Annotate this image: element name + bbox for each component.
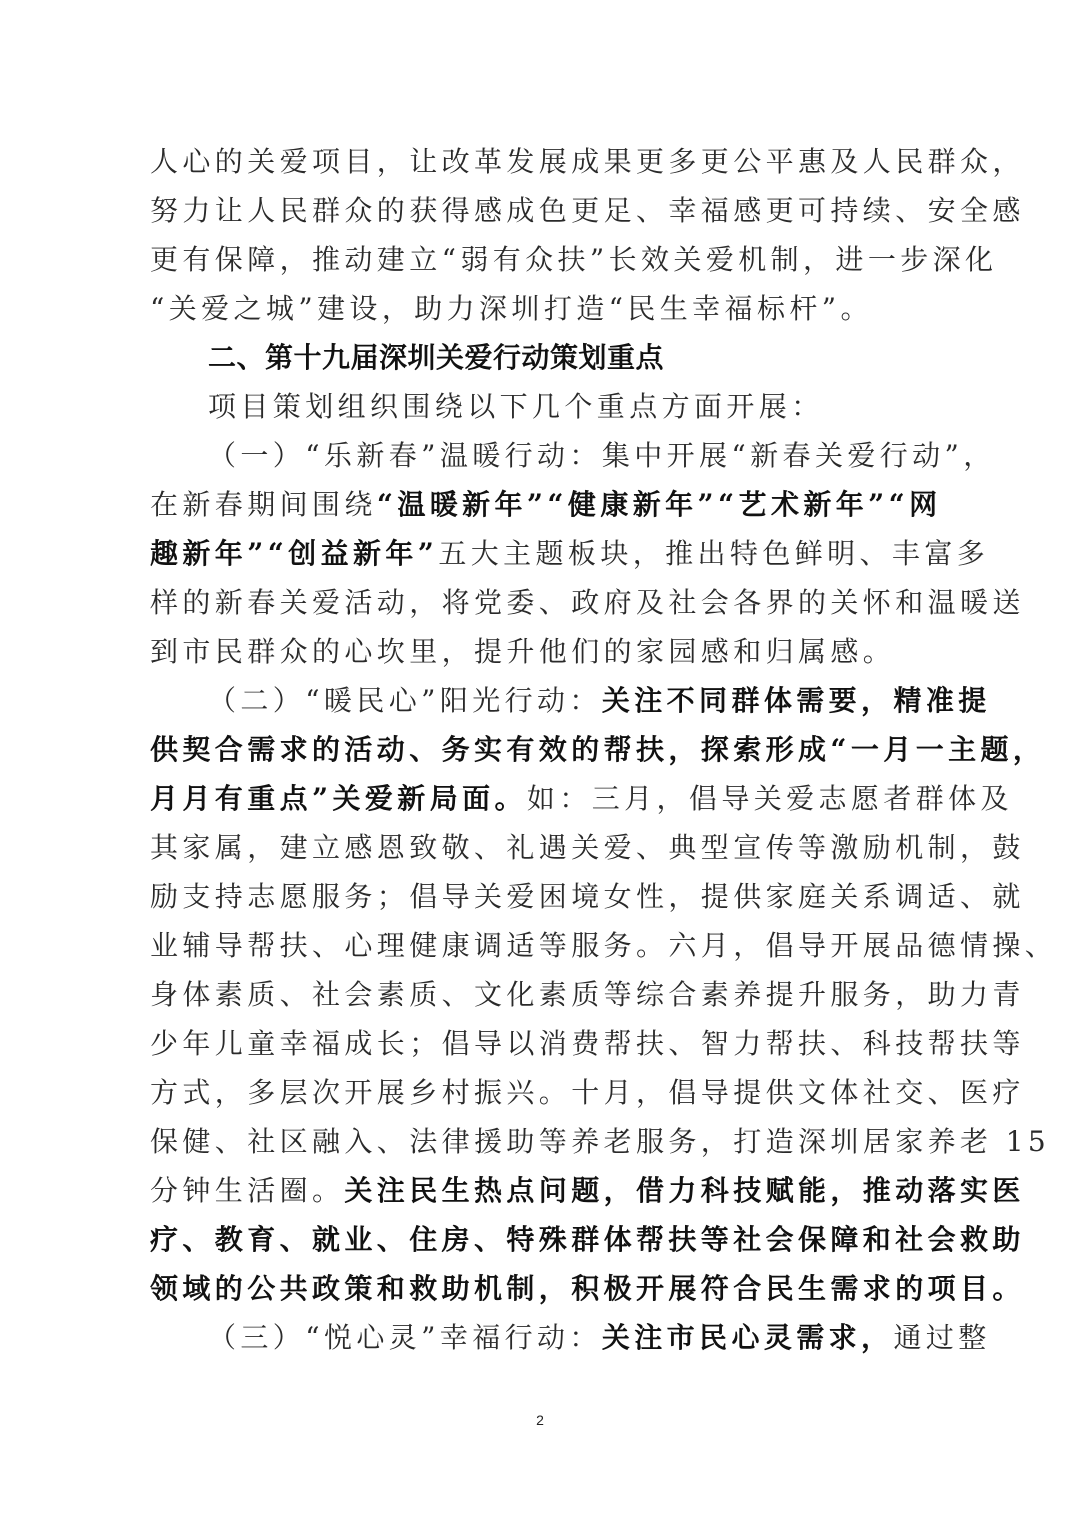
text-line: 少年儿童幸福成长；倡导以消费帮扶、智力帮扶、科技帮扶等 — [150, 1019, 932, 1068]
body-text: 人心的关爱项目，让改革发展成果更多更公平惠及人民群众， — [150, 145, 1025, 178]
bold-text: 关注市民心灵需求， — [602, 1321, 894, 1354]
body-text: （二）“暖民心”阳光行动： — [208, 684, 602, 717]
body-text: 身体素质、社会素质、文化素质等综合素养提升服务，助力青 — [150, 978, 1025, 1011]
text-line: 保健、社区融入、法律援助等养老服务，打造深圳居家养老 15 — [150, 1117, 932, 1166]
body-text: 励支持志愿服务；倡导关爱困境女性，提供家庭关系调适、就 — [150, 880, 1025, 913]
text-line: （一）“乐新春”温暖行动：集中开展“新春关爱行动”， — [150, 431, 932, 480]
text-line: （三）“悦心灵”幸福行动：关注市民心灵需求，通过整 — [150, 1313, 932, 1362]
text-line: 领域的公共政策和救助机制，积极开展符合民生需求的项目。 — [150, 1264, 932, 1313]
text-line: 身体素质、社会素质、文化素质等综合素养提升服务，助力青 — [150, 970, 932, 1019]
body-text: （三）“悦心灵”幸福行动： — [208, 1321, 602, 1354]
text-line: 业辅导帮扶、心理健康调适等服务。六月，倡导开展品德情操、 — [150, 921, 932, 970]
text-line: 疗、教育、就业、住房、特殊群体帮扶等社会保障和社会救助 — [150, 1215, 932, 1264]
text-line: 努力让人民群众的获得感成色更足、幸福感更可持续、安全感 — [150, 186, 932, 235]
text-line: 供契合需求的活动、务实有效的帮扶，探索形成“一月一主题， — [150, 725, 932, 774]
body-text: 方式，多层次开展乡村振兴。十月，倡导提供文体社交、医疗 — [150, 1076, 1025, 1109]
text-line: 人心的关爱项目，让改革发展成果更多更公平惠及人民群众， — [150, 137, 932, 186]
bold-text: 关注不同群体需要，精准提 — [602, 684, 991, 717]
body-text: 更有保障，推动建立“弱有众扶”长效关爱机制，进一步深化 — [150, 243, 997, 276]
list-item-item-2: （二）“暖民心”阳光行动：关注不同群体需要，精准提供契合需求的活动、务实有效的帮… — [150, 676, 932, 1313]
text-line: 到市民群众的心坎里，提升他们的家园感和归属感。 — [150, 627, 932, 676]
text-line: 分钟生活圈。关注民生热点问题，借力科技赋能，推动落实医 — [150, 1166, 932, 1215]
text-line: 在新春期间围绕“温暖新年”“健康新年”“艺术新年”“网 — [150, 480, 932, 529]
body-text: （一）“乐新春”温暖行动：集中开展“新春关爱行动”， — [208, 439, 996, 472]
body-text: 如：三月，倡导关爱志愿者群体及 — [527, 782, 1013, 815]
text-line: 励支持志愿服务；倡导关爱困境女性，提供家庭关系调适、就 — [150, 872, 932, 921]
text-line: 样的新春关爱活动，将党委、政府及社会各界的关怀和温暖送 — [150, 578, 932, 627]
document-page: 人心的关爱项目，让改革发展成果更多更公平惠及人民群众，努力让人民群众的获得感成色… — [150, 137, 932, 1362]
body-text: 在新春期间围绕 — [150, 488, 377, 521]
paragraph-continuation: 人心的关爱项目，让改革发展成果更多更公平惠及人民群众，努力让人民群众的获得感成色… — [150, 137, 932, 333]
body-text: 通过整 — [893, 1321, 990, 1354]
body-text: 业辅导帮扶、心理健康调适等服务。六月，倡导开展品德情操、 — [150, 929, 1057, 962]
list-item-item-3: （三）“悦心灵”幸福行动：关注市民心灵需求，通过整 — [150, 1313, 932, 1362]
body-text: 分钟生活圈。 — [150, 1174, 344, 1207]
item-list: （一）“乐新春”温暖行动：集中开展“新春关爱行动”，在新春期间围绕“温暖新年”“… — [150, 431, 932, 1362]
bold-text: 月月有重点”关爱新局面。 — [150, 782, 527, 815]
text-line: 方式，多层次开展乡村振兴。十月，倡导提供文体社交、医疗 — [150, 1068, 932, 1117]
bold-text: “温暖新年”“健康新年”“艺术新年”“网 — [377, 488, 942, 521]
body-text: 到市民群众的心坎里，提升他们的家园感和归属感。 — [150, 635, 895, 668]
body-text: 少年儿童幸福成长；倡导以消费帮扶、智力帮扶、科技帮扶等 — [150, 1027, 1025, 1060]
bold-text: 趣新年”“创益新年” — [150, 537, 438, 570]
section-heading: 二、第十九届深圳关爱行动策划重点 — [150, 333, 932, 382]
body-text: 努力让人民群众的获得感成色更足、幸福感更可持续、安全感 — [150, 194, 1025, 227]
bold-text: 领域的公共政策和救助机制，积极开展符合民生需求的项目。 — [150, 1272, 1025, 1305]
text-line: （二）“暖民心”阳光行动：关注不同群体需要，精准提 — [150, 676, 932, 725]
bold-text: 关注民生热点问题，借力科技赋能，推动落实医 — [344, 1174, 1024, 1207]
text-line: 其家属，建立感恩致敬、礼遇关爱、典型宣传等激励机制，鼓 — [150, 823, 932, 872]
bold-text: 供契合需求的活动、务实有效的帮扶，探索形成“一月一主题， — [150, 733, 1045, 766]
body-text: 样的新春关爱活动，将党委、政府及社会各界的关怀和温暖送 — [150, 586, 1025, 619]
text-line: 趣新年”“创益新年”五大主题板块，推出特色鲜明、丰富多 — [150, 529, 932, 578]
page-number: 2 — [0, 1412, 1080, 1428]
body-text: “关爱之城”建设，助力深圳打造“民生幸福标杆”。 — [150, 292, 873, 325]
list-item-item-1: （一）“乐新春”温暖行动：集中开展“新春关爱行动”，在新春期间围绕“温暖新年”“… — [150, 431, 932, 676]
text-line: “关爱之城”建设，助力深圳打造“民生幸福标杆”。 — [150, 284, 932, 333]
body-text: 其家属，建立感恩致敬、礼遇关爱、典型宣传等激励机制，鼓 — [150, 831, 1025, 864]
body-text: 五大主题板块，推出特色鲜明、丰富多 — [438, 537, 989, 570]
section-intro: 项目策划组织围绕以下几个重点方面开展： — [150, 382, 932, 431]
text-line: 月月有重点”关爱新局面。如：三月，倡导关爱志愿者群体及 — [150, 774, 932, 823]
text-line: 更有保障，推动建立“弱有众扶”长效关爱机制，进一步深化 — [150, 235, 932, 284]
bold-text: 疗、教育、就业、住房、特殊群体帮扶等社会保障和社会救助 — [150, 1223, 1025, 1256]
body-text: 保健、社区融入、法律援助等养老服务，打造深圳居家养老 15 — [150, 1125, 1050, 1158]
